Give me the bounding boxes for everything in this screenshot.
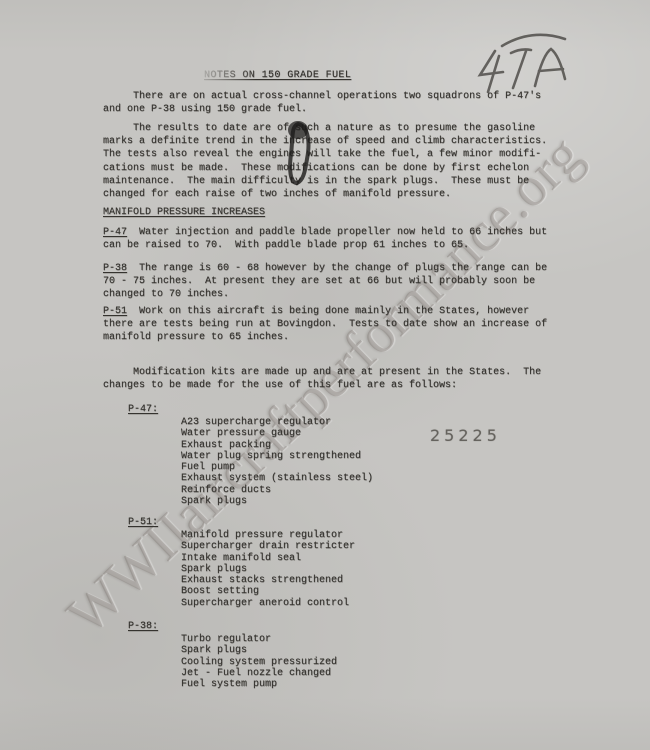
results-paragraph: The results to date are of such a nature… <box>103 122 573 201</box>
note-p38-label: P-38 <box>103 263 127 274</box>
note-p47-label: P-47 <box>103 227 127 238</box>
note-p47: P-47 Water injection and paddle blade pr… <box>103 226 583 252</box>
list-p47-items: A23 supercharge regulator Water pressure… <box>181 417 501 507</box>
scanned-document-page: WWIIaircraftperformance.org NOTES ON 150… <box>0 0 650 750</box>
note-p51-label: P-51 <box>103 306 127 317</box>
intro-paragraph: There are on actual cross-channel operat… <box>103 90 573 116</box>
note-p38: P-38 The range is 60 - 68 however by the… <box>103 262 583 302</box>
section-heading: MANIFOLD PRESSURE INCREASES <box>103 206 265 219</box>
list-p51-label: P-51: <box>128 516 158 529</box>
note-p47-body: Water injection and paddle blade propell… <box>103 227 547 251</box>
list-p38-label: P-38: <box>128 620 158 633</box>
note-p51: P-51 Work on this aircraft is being done… <box>103 305 583 345</box>
document-title: NOTES ON 150 GRADE FUEL <box>204 69 351 82</box>
pencil-47A-icon <box>472 22 584 100</box>
modification-paragraph: Modification kits are made up and are at… <box>103 366 583 392</box>
list-p47-label: P-47: <box>128 403 158 416</box>
note-p38-body: The range is 60 - 68 however by the chan… <box>103 263 547 300</box>
note-p51-body: Work on this aircraft is being done main… <box>103 306 547 343</box>
ink-loop-mark-icon <box>276 114 328 201</box>
list-p38-items: Turbo regulator Spark plugs Cooling syst… <box>181 634 501 690</box>
list-p51-items: Manifold pressure regulator Supercharger… <box>181 530 501 609</box>
